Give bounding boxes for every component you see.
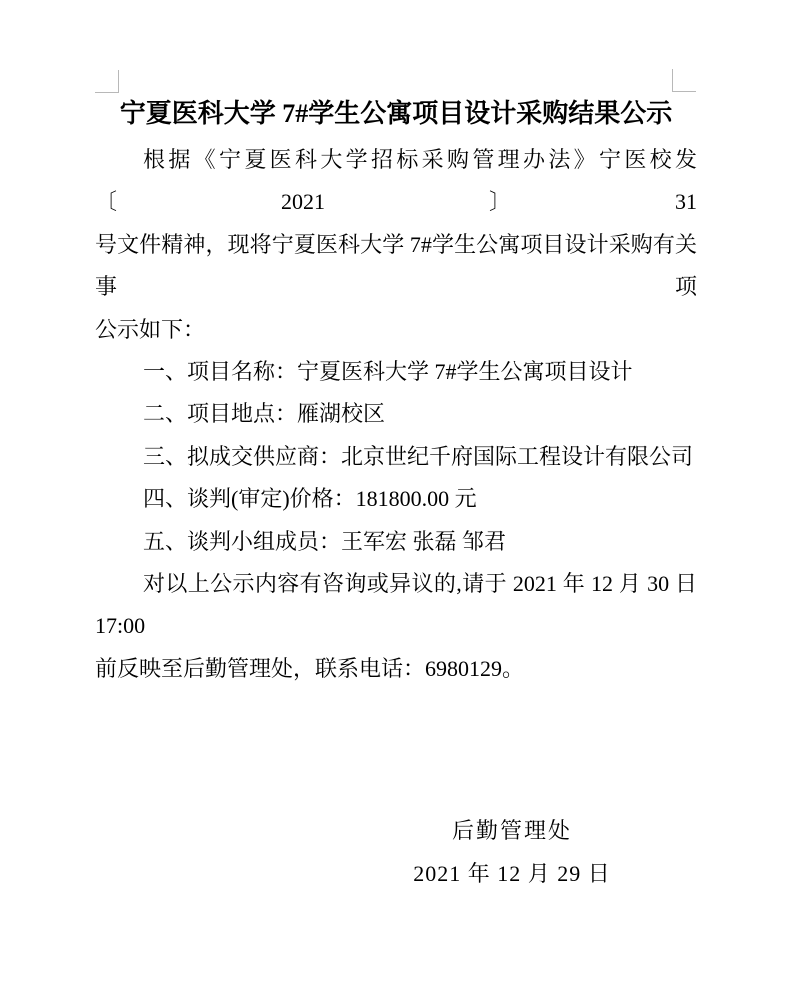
body-line: 前反映至后勤管理处，联系电话：6980129。	[95, 648, 697, 690]
text-boundary-mark-top-left	[95, 70, 119, 93]
body-line: 根据《宁夏医科大学招标采购管理办法》宁医校发〔2021〕31	[95, 139, 697, 224]
document-content: 宁夏医科大学 7#学生公寓项目设计采购结果公示 根据《宁夏医科大学招标采购管理办…	[95, 92, 697, 895]
signature-department: 后勤管理处	[332, 810, 692, 852]
document-body: 根据《宁夏医科大学招标采购管理办法》宁医校发〔2021〕31 号文件精神，现将宁…	[95, 139, 697, 690]
signature-block: 后勤管理处 2021 年 12 月 29 日	[332, 810, 692, 895]
document-page: 宁夏医科大学 7#学生公寓项目设计采购结果公示 根据《宁夏医科大学招标采购管理办…	[0, 0, 792, 990]
body-line: 对以上公示内容有咨询或异议的,请于 2021 年 12 月 30 日 17:00	[95, 563, 697, 648]
text-boundary-mark-top-right	[672, 69, 696, 92]
body-line: 公示如下：	[95, 309, 697, 351]
body-line-item-2: 二、项目地点：雁湖校区	[95, 393, 697, 435]
body-line-item-1: 一、项目名称：宁夏医科大学 7#学生公寓项目设计	[95, 351, 697, 393]
body-line-item-4: 四、谈判(审定)价格：181800.00 元	[95, 478, 697, 520]
body-line-item-3: 三、拟成交供应商：北京世纪千府国际工程设计有限公司	[95, 436, 697, 478]
body-line-item-5: 五、谈判小组成员：王军宏 张磊 邹君	[95, 521, 697, 563]
body-line: 号文件精神，现将宁夏医科大学 7#学生公寓项目设计采购有关事项	[95, 224, 697, 309]
signature-date: 2021 年 12 月 29 日	[332, 853, 692, 895]
document-title: 宁夏医科大学 7#学生公寓项目设计采购结果公示	[95, 92, 697, 136]
